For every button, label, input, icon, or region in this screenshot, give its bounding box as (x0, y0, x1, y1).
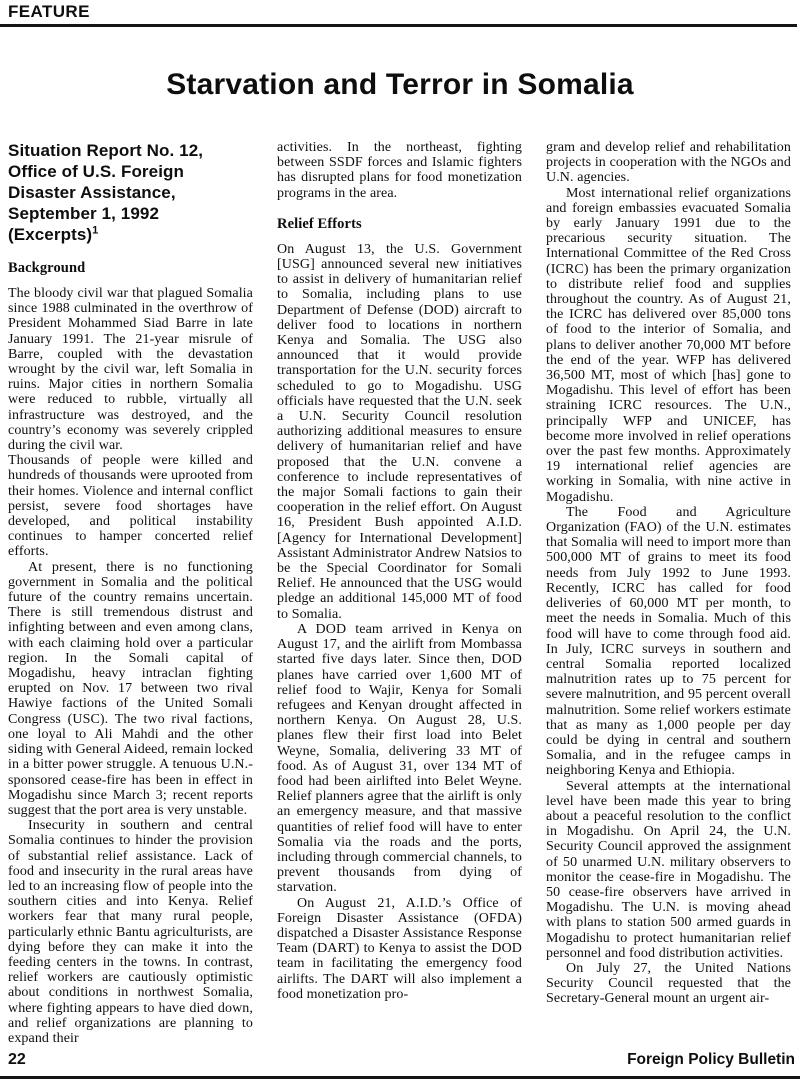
paragraph: gram and develop relief and rehabilitati… (546, 140, 791, 186)
paragraph: Thousands of people were killed and hund… (8, 453, 253, 559)
section-heading: Background (8, 260, 253, 277)
section-heading: Relief Efforts (277, 216, 522, 233)
article-column-3: gram and develop relief and rehabilitati… (546, 140, 791, 1007)
header-rule (0, 24, 797, 27)
report-heading-text: Situation Report No. 12, Office of U.S. … (8, 141, 203, 244)
paragraph: On August 13, the U.S. Government [USG] … (277, 242, 522, 622)
paragraph: On July 27, the United Nations Security … (546, 961, 791, 1007)
paragraph: A DOD team arrived in Kenya on August 17… (277, 622, 522, 896)
footnote-reference: 1 (92, 224, 98, 236)
publication-name: Foreign Policy Bulletin (627, 1051, 795, 1069)
feature-kicker: FEATURE (8, 2, 90, 22)
article-columns: Situation Report No. 12, Office of U.S. … (8, 140, 792, 1046)
paragraph: Insecurity in southern and central Somal… (8, 818, 253, 1046)
paragraph: activities. In the northeast, fighting b… (277, 140, 522, 201)
article-column-2: activities. In the northeast, fighting b… (277, 140, 522, 1002)
page-number: 22 (8, 1051, 26, 1069)
paragraph: The bloody civil war that plagued Somali… (8, 286, 253, 453)
paragraph: At present, there is no functioning gove… (8, 560, 253, 818)
bulletin-page: FEATURE Starvation and Terror in Somalia… (0, 0, 800, 1079)
report-heading: Situation Report No. 12, Office of U.S. … (8, 140, 253, 245)
paragraph: Most international relief organizations … (546, 186, 791, 505)
paragraph: On August 21, A.I.D.’s Office of Foreign… (277, 896, 522, 1002)
paragraph: The Food and Agriculture Organization (F… (546, 505, 791, 779)
article-column-1: Situation Report No. 12, Office of U.S. … (8, 140, 253, 1046)
article-title: Starvation and Terror in Somalia (0, 68, 800, 102)
paragraph: Several attempts at the international le… (546, 779, 791, 961)
